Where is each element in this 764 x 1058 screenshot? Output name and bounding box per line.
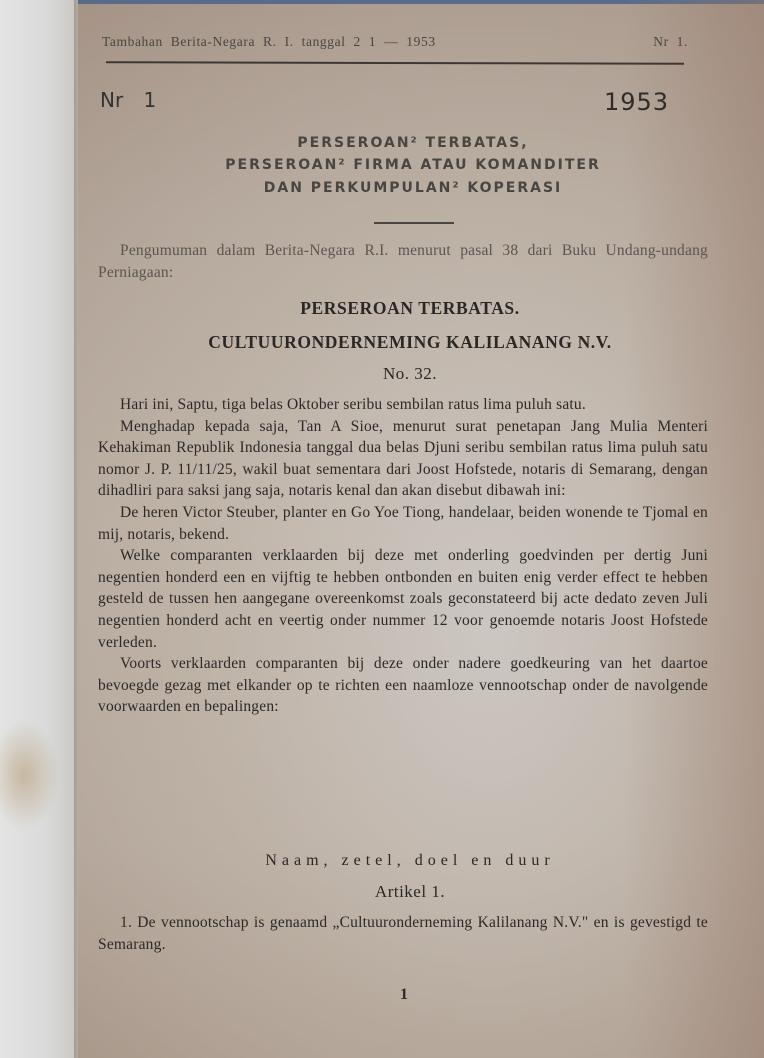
header-rule [106,61,684,64]
running-head-right: Nr 1. [653,34,688,50]
paragraph: Menghadap kepada saja, Tan A Sioe, menur… [98,416,708,502]
paragraph: Voorts verklaarden comparanten bij deze … [98,653,708,718]
deed-number: No. 32. [78,364,742,384]
issue-number-value: 1 [144,88,157,112]
deed-body: Hari ini, Saptu, tiga belas Oktober seri… [98,394,708,718]
section-divider [374,222,454,224]
company-name: CULTUURONDERNEMING KALILANANG N.V. [78,332,742,353]
document-page: Tambahan Berita-Negara R. I. tanggal 2 1… [78,0,764,1058]
facing-page-left [0,0,78,1058]
paper-stain [0,720,60,830]
paragraph: Welke comparanten verklaarden bij deze m… [98,545,708,653]
subheading: Naam, zetel, doel en duur [78,852,742,870]
issue-number: Nr 1 [100,88,156,112]
paragraph: Hari ini, Saptu, tiga belas Oktober seri… [98,394,708,416]
section-heading-line-1: PERSEROAN² TERBATAS, [118,132,708,154]
intro-text: Pengumuman dalam Berita-Negara R.I. menu… [98,240,708,283]
entry-type: PERSEROAN TERBATAS. [78,298,742,319]
running-head: Tambahan Berita-Negara R. I. tanggal 2 1… [102,34,688,50]
intro-paragraph: Pengumuman dalam Berita-Negara R.I. menu… [98,240,708,283]
page-number: 1 [400,986,408,1004]
issue-number-label: Nr [100,88,123,112]
section-heading-line-2: PERSEROAN² FIRMA ATAU KOMANDITER [118,154,708,176]
issue-year: 1953 [604,88,669,116]
section-heading-line-3: DAN PERKUMPULAN² KOPERASI [118,177,708,199]
article-body: 1. De vennootschap is genaamd „Cultuuron… [98,912,708,955]
paragraph: De heren Victor Steuber, planter en Go Y… [98,502,708,545]
article-text: 1. De vennootschap is genaamd „Cultuuron… [98,912,708,955]
article-title: Artikel 1. [78,882,742,902]
running-head-left: Tambahan Berita-Negara R. I. tanggal 2 1… [102,34,436,50]
